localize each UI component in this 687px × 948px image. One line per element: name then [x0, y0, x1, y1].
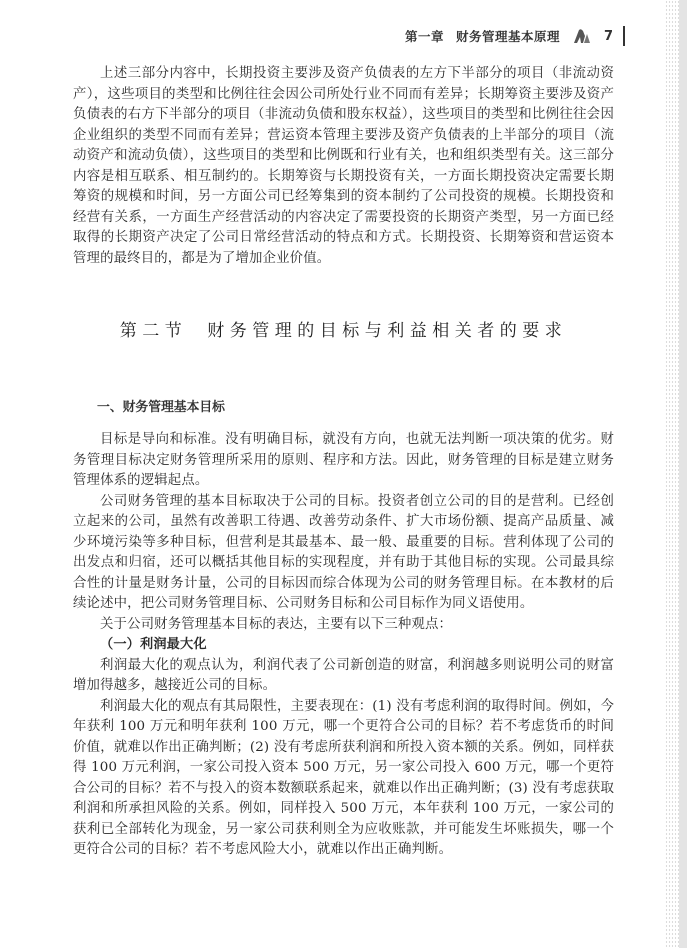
section-number: 第二节: [120, 321, 188, 341]
running-head: 第一章 财务管理基本原理 7: [405, 26, 625, 46]
intro-text-block: 上述三部分内容中，长期投资主要涉及资产负债表的左方下半部分的项目（非流动资产），…: [73, 64, 614, 269]
header-rule: [623, 26, 625, 46]
paragraph: 公司财务管理的基本目标取决于公司的目标。投资者创立公司的目的是营利。已经创立起来…: [73, 492, 614, 615]
paragraph: 利润最大化的观点有其局限性，主要表现在：(1) 没有考虑利润的取得时间。例如，今…: [73, 697, 614, 861]
publisher-logo-icon: [572, 28, 592, 44]
paragraph: 利润最大化的观点认为，利润代表了公司新创造的财富，利润越多则说明公司的财富增加得…: [73, 656, 614, 697]
page-edge-strip: [679, 0, 687, 948]
main-text-block: 目标是导向和标准。没有明确目标，就没有方向，也就无法判断一项决策的优劣。财务管理…: [73, 430, 614, 861]
section-title: 财务管理的目标与利益相关者的要求: [207, 321, 567, 341]
paragraph: 关于公司财务管理基本目标的表达，主要有以下三种观点：: [73, 615, 614, 636]
scan-edge-noise: [665, 0, 679, 948]
paragraph: 上述三部分内容中，长期投资主要涉及资产负债表的左方下半部分的项目（非流动资产），…: [73, 64, 614, 269]
paragraph: 目标是导向和标准。没有明确目标，就没有方向，也就无法判断一项决策的优劣。财务管理…: [73, 430, 614, 492]
subsection-heading: 一、财务管理基本目标: [97, 396, 225, 415]
page-number: 7: [604, 29, 613, 44]
chapter-title: 财务管理基本原理: [456, 27, 560, 45]
chapter-label: 第一章: [405, 27, 444, 45]
subsubsection-heading: （一）利润最大化: [73, 635, 614, 656]
section-heading: 第二节财务管理的目标与利益相关者的要求: [0, 316, 687, 341]
